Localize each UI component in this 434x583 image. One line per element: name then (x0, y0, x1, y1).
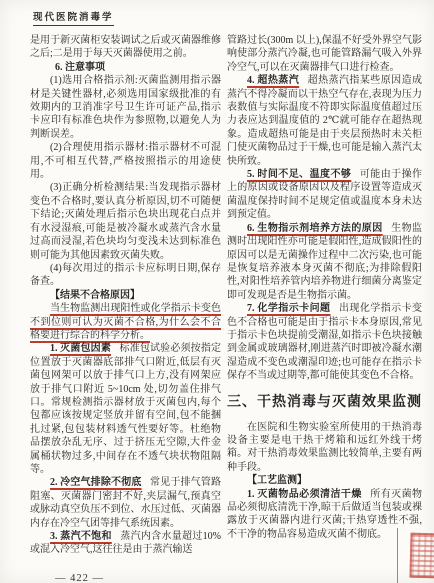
paragraph: (4)每次用过的指示卡应标明日期,保存备查。 (30, 262, 221, 289)
item-body: 生物监测时出现阳性亦可能是假阳性,造成假阳性的原因可以是无菌操作过程中二次污染,… (227, 223, 422, 301)
paragraph: (3)正确分析检测结果:当发现指示器材变色不合格时,要认真分析原因,切不可随便下… (30, 181, 221, 261)
numbered-item: 6. 生物指示剂培养方法的原因生物监测时出现阳性亦可能是假阳性,造成假阳性的原因… (227, 222, 422, 302)
item-heading: 4. 超热蒸汽 (247, 75, 299, 86)
item-body: 标准包试验必须按指定位置放于灭菌器底部排气口附近,低层有灭菌包网架可以放于排气口… (30, 343, 221, 475)
subsection-heading-text: 6. 注意事项 (55, 62, 105, 73)
item-body: 超热蒸汽指某些原因造成蒸汽不得冷凝而以干热空气存在,表现为压力表数值与实际温度不… (227, 75, 422, 166)
page-number: — 422 — (55, 573, 104, 583)
item-body: 出现化学指示卡变色不合格也可能是由于指示卡本身原因,常见于指示卡色块提前受潮湿,… (227, 303, 422, 381)
continuation-paragraph: 是用于新灭菌柜安装调试之后或灭菌器维修之后;二是用于每天灭菌器使用之前。 (30, 34, 221, 61)
item-heading: 3. 蒸汽不饱和 (50, 531, 112, 542)
item-heading: 6. 生物指示剂培养方法的原因 (247, 223, 383, 234)
text-columns: 是用于新灭菌柜安装调试之后或灭菌器维修之后;二是用于每天灭菌器使用之前。 6. … (30, 34, 422, 557)
bracket-heading-text: 【工艺监测】 (247, 475, 307, 486)
numbered-item: 3. 蒸汽不饱和蒸汽内含水量超过10%或混入冷空气,这往往是由于蒸汽输送 (30, 530, 221, 557)
bracket-heading-text: 【结果不合格原因】 (50, 290, 140, 301)
collection-stamp-icon (409, 533, 434, 579)
scan-edge-artifact (397, 528, 398, 583)
book-page: 现代医院消毒学 是用于新灭菌柜安装调试之后或灭菌器维修之后;二是用于每天灭菌器使… (0, 0, 434, 583)
bracket-heading: 【工艺监测】 (227, 474, 422, 487)
item-heading: 1. 灭菌物品必须清洁干燥 (247, 489, 362, 500)
bracket-heading: 【结果不合格原因】 (30, 289, 221, 302)
numbered-item: 5. 时间不足、温度不够可能由于操作上的原因或设备原因以及程序设置等造成灭菌温度… (227, 168, 422, 222)
item-heading: 5. 时间不足、温度不够 (247, 169, 351, 180)
numbered-item: 1. 灭菌包因素标准包试验必须按指定位置放于灭菌器底部排气口附近,低层有灭菌包网… (30, 342, 221, 476)
numbered-item: 4. 超热蒸汽超热蒸汽指某些原因造成蒸汽不得冷凝而以干热空气存在,表现为压力表数… (227, 74, 422, 168)
paragraph: (2)合理使用指示器材:指示器材不可混用,不可相互代替,严格按照指示的用途使用。 (30, 141, 221, 181)
right-column: 管路过长(300m 以上),保温不好受外界空气影响使部分蒸汽冷凝,也可能管路漏气… (227, 34, 422, 557)
subsection-heading: 6. 注意事项 (30, 61, 221, 74)
numbered-item: 2. 冷空气排除不彻底常见于排气管路阻塞、灭菌器门密封不好,夹层漏气,预真空或脉… (30, 476, 221, 530)
running-header-title: 现代医院消毒学 (33, 9, 114, 26)
running-header: 现代医院消毒学 (33, 7, 114, 26)
red-underlined-text: 当生物监测出现阳性或化学指示卡变色不到位则可认为灭菌不合格,为什么会不合格要进行… (30, 303, 221, 341)
annotated-paragraph: 当生物监测出现阳性或化学指示卡变色不到位则可认为灭菌不合格,为什么会不合格要进行… (30, 302, 221, 342)
item-heading: 1. 灭菌包因素 (50, 343, 111, 354)
left-column: 是用于新灭菌柜安装调试之后或灭菌器维修之后;二是用于每天灭菌器使用之前。 6. … (30, 34, 221, 557)
item-heading: 2. 冷空气排除不彻底 (50, 477, 142, 488)
item-heading: 7. 化学指示卡问题 (247, 303, 330, 314)
continuation-paragraph: 管路过长(300m 以上),保温不好受外界空气影响使部分蒸汽冷凝,也可能管路漏气… (227, 34, 422, 74)
paragraph: (1)选用合格指示剂:灭菌监测用指示器材是关键性器材,必须选用国家级批准的有效期… (30, 74, 221, 141)
paragraph: 在医院和生物实验室所使用的干热消毒设备主要是电干热干烤箱和远红外线干烤箱。对干热… (227, 421, 422, 475)
numbered-item: 1. 灭菌物品必须清洁干燥所有灭菌物品必须彻底清洗干净,晾干后做适当包装或裸露放… (227, 488, 422, 542)
numbered-item: 7. 化学指示卡问题出现化学指示卡变色不合格也可能是由于指示卡本身原因,常见于指… (227, 302, 422, 382)
section-heading: 三、干热消毒与灭菌效果监测 (227, 394, 422, 412)
